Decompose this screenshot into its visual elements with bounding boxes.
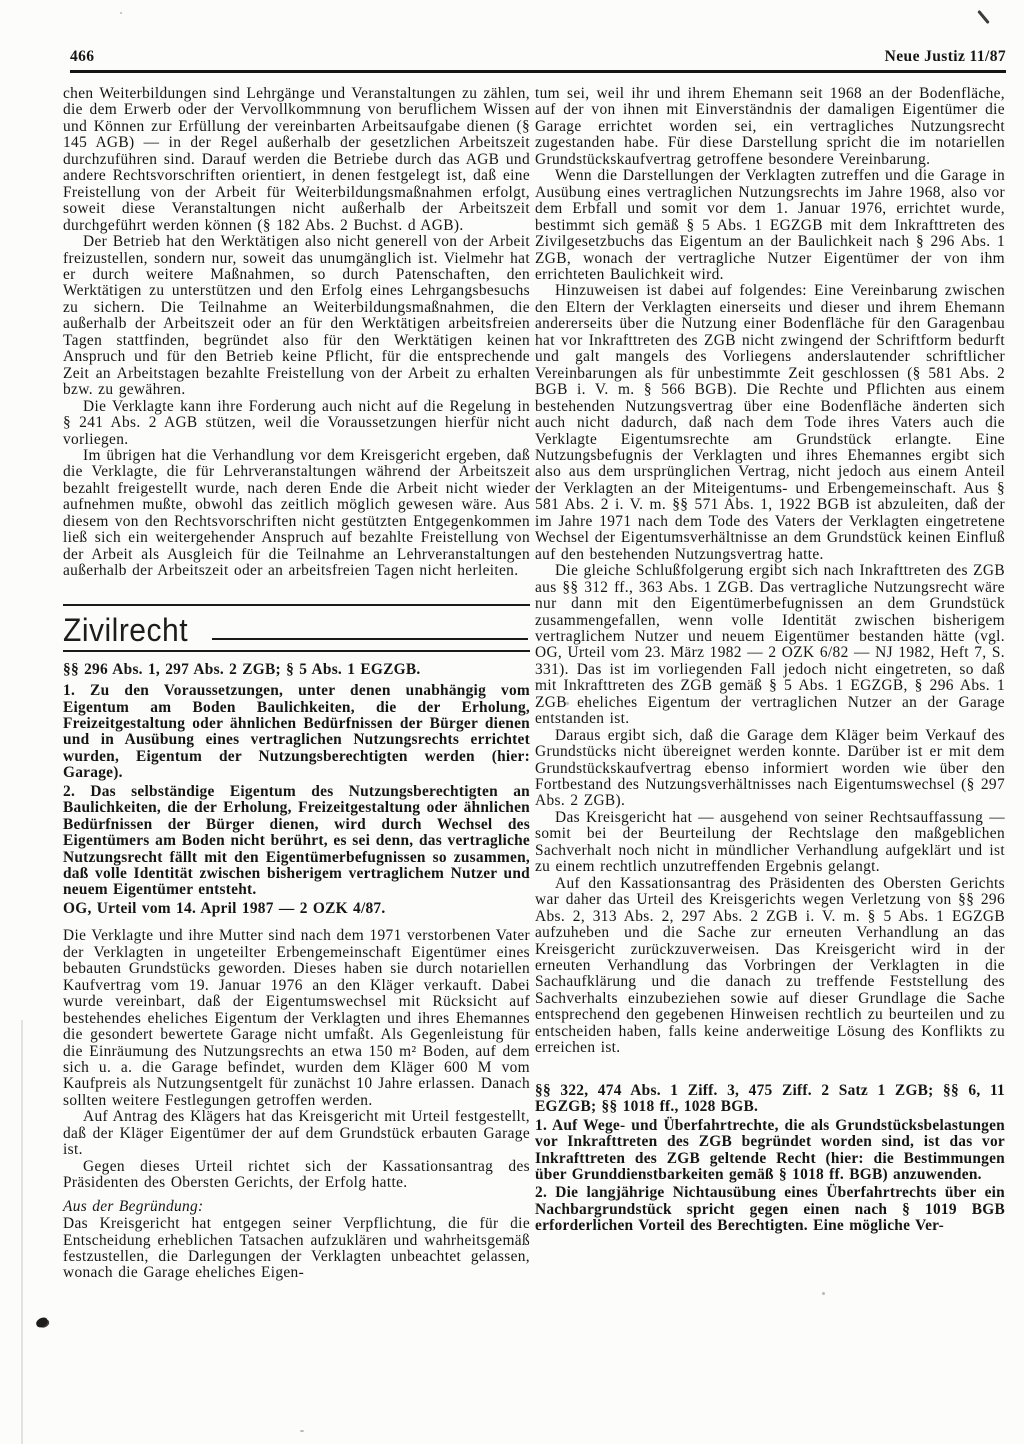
section-heading: Zivilrecht	[63, 604, 530, 652]
section-title: Zivilrecht	[63, 614, 188, 646]
headnote: 1. Auf Wege- und Überfahrtrechte, die al…	[535, 1118, 1005, 1184]
pen-mark-artifact	[977, 10, 990, 24]
body-paragraph: Das Kreisgericht hat — ausgehend von sei…	[535, 810, 1005, 876]
ink-blot-artifact	[35, 1316, 49, 1328]
statutes-line: §§ 322, 474 Abs. 1 Ziff. 3, 475 Ziff. 2 …	[535, 1083, 1005, 1116]
body-paragraph: Hinzuweisen ist dabei auf folgendes: Ein…	[535, 283, 1005, 563]
body-paragraph: Wenn die Darstellungen der Verklagten zu…	[535, 168, 1005, 283]
speckle	[822, 1292, 825, 1295]
left-column: chen Weiterbildungen sind Lehrgänge und …	[63, 86, 530, 1282]
headnote: 1. Zu den Voraussetzungen, unter denen u…	[63, 683, 530, 782]
section-rule-side	[212, 638, 528, 640]
section-rule-bottom	[63, 650, 530, 652]
body-paragraph: Daraus ergibt sich, daß die Garage dem K…	[535, 728, 1005, 810]
page-number: 466	[70, 48, 94, 66]
speckle	[566, 702, 569, 705]
reasoning-label: Aus der Begründung:	[63, 1199, 530, 1215]
statutes-line: §§ 296 Abs. 1, 297 Abs. 2 ZGB; § 5 Abs. …	[63, 662, 530, 678]
headnote: 2. Die langjährige Nichtausübung eines Ü…	[535, 1185, 1005, 1234]
section-rule-top	[63, 604, 530, 606]
right-column: tum sei, weil ihr und ihrem Ehemann seit…	[535, 86, 1005, 1235]
page-header: 466 Neue Justiz 11/87	[70, 48, 1006, 66]
body-paragraph: Auf Antrag des Klägers hat das Kreisgeri…	[63, 1109, 530, 1158]
journal-title: Neue Justiz 11/87	[885, 48, 1006, 66]
case-reference: OG, Urteil vom 14. April 1987 — 2 OZK 4/…	[63, 901, 530, 917]
body-paragraph: Im übrigen hat die Verhandlung vor dem K…	[63, 448, 530, 580]
body-paragraph: tum sei, weil ihr und ihrem Ehemann seit…	[535, 86, 1005, 168]
body-paragraph: Die Verklagte und ihre Mutter sind nach …	[63, 928, 530, 1109]
header-rule	[70, 70, 1006, 73]
body-paragraph: Die Verklagte kann ihre Forderung auch n…	[63, 399, 530, 448]
body-paragraph: chen Weiterbildungen sind Lehrgänge und …	[63, 86, 530, 234]
body-paragraph: Gegen dieses Urteil richtet sich der Kas…	[63, 1159, 530, 1192]
speckle	[120, 12, 122, 14]
scan-edge-artifact	[21, 1020, 23, 1444]
speckle	[948, 468, 951, 471]
headnote: 2. Das selbständige Eigentum des Nutzung…	[63, 784, 530, 899]
speckle	[300, 1430, 304, 1432]
body-paragraph: Auf den Kassationsantrag des Präsidenten…	[535, 876, 1005, 1057]
body-paragraph: Das Kreisgericht hat entgegen seiner Ver…	[63, 1216, 530, 1282]
body-paragraph: Die gleiche Schlußfolgerung ergibt sich …	[535, 563, 1005, 728]
body-paragraph: Der Betrieb hat den Werktätigen also nic…	[63, 234, 530, 399]
journal-page: 466 Neue Justiz 11/87 chen Weiterbildung…	[0, 0, 1024, 1444]
